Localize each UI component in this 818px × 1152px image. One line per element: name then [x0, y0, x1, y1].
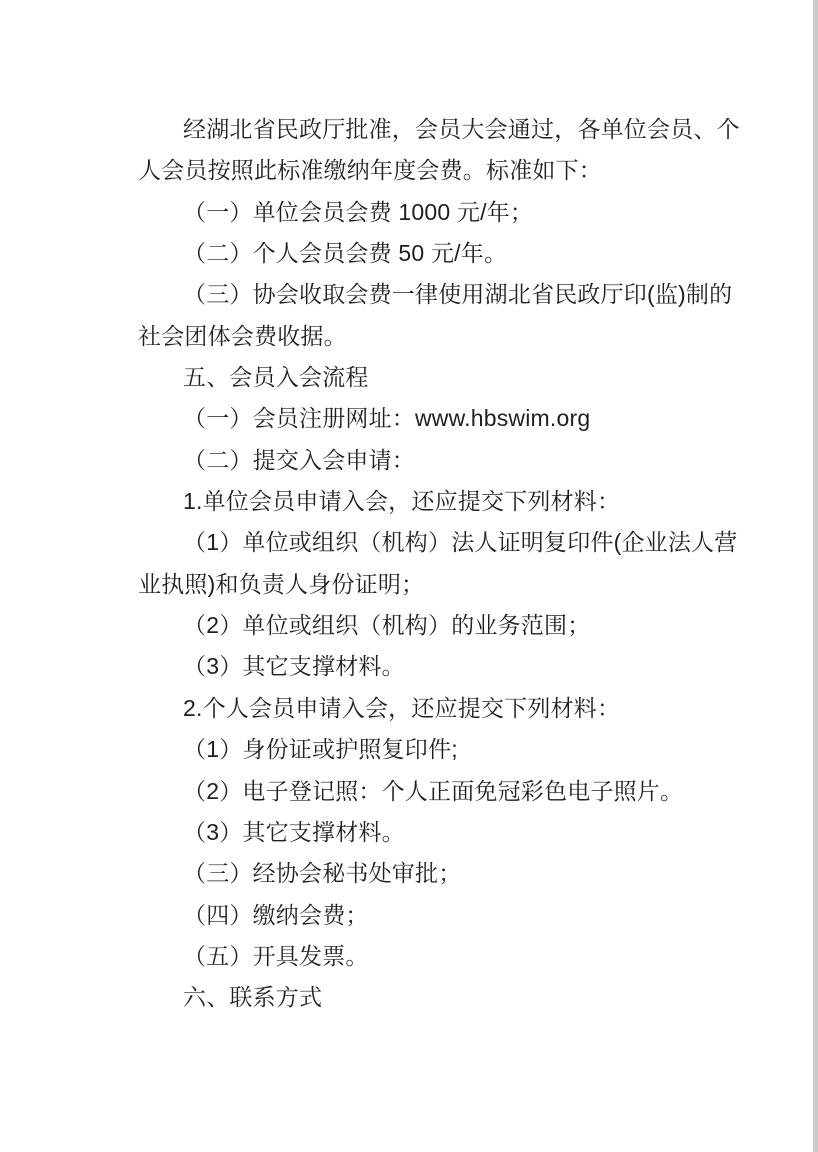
paragraph-line: （三）协会收取会费一律使用湖北省民政厅印(监)制的 [138, 274, 778, 315]
paragraph-line: （3）其它支撑材料。 [138, 646, 778, 687]
document-body: 经湖北省民政厅批准，会员大会通过，各单位会员、个 人会员按照此标准缴纳年度会费。… [138, 109, 778, 1019]
section-heading: 五、会员入会流程 [138, 357, 778, 398]
paragraph-line: （二）提交入会申请： [138, 440, 778, 481]
paragraph-line: （五）开具发票。 [138, 936, 778, 977]
paragraph-line: （3）其它支撑材料。 [138, 812, 778, 853]
paragraph-line: （三）经协会秘书处审批； [138, 853, 778, 894]
page-right-edge [813, 0, 818, 1152]
paragraph-line: （一）单位会员会费 1000 元/年； [138, 192, 778, 233]
paragraph-line: 人会员按照此标准缴纳年度会费。标准如下： [138, 150, 778, 191]
paragraph-line: 1.单位会员申请入会，还应提交下列材料： [138, 481, 778, 522]
paragraph-line: （四）缴纳会费； [138, 895, 778, 936]
paragraph-line: （一）会员注册网址：www.hbswim.org [138, 398, 778, 439]
document-page: 经湖北省民政厅批准，会员大会通过，各单位会员、个 人会员按照此标准缴纳年度会费。… [0, 0, 818, 1152]
paragraph-line: （1）单位或组织（机构）法人证明复印件(企业法人营 [138, 522, 778, 563]
paragraph-line: 社会团体会费收据。 [138, 316, 778, 357]
section-heading: 六、联系方式 [138, 977, 778, 1018]
paragraph-line: （2）电子登记照：个人正面免冠彩色电子照片。 [138, 771, 778, 812]
paragraph-line: （1）身份证或护照复印件; [138, 729, 778, 770]
paragraph-line: （二）个人会员会费 50 元/年。 [138, 233, 778, 274]
paragraph-line: 经湖北省民政厅批准，会员大会通过，各单位会员、个 [138, 109, 778, 150]
paragraph-line: （2）单位或组织（机构）的业务范围； [138, 605, 778, 646]
paragraph-line: 业执照)和负责人身份证明； [138, 564, 778, 605]
paragraph-line: 2.个人会员申请入会，还应提交下列材料： [138, 688, 778, 729]
